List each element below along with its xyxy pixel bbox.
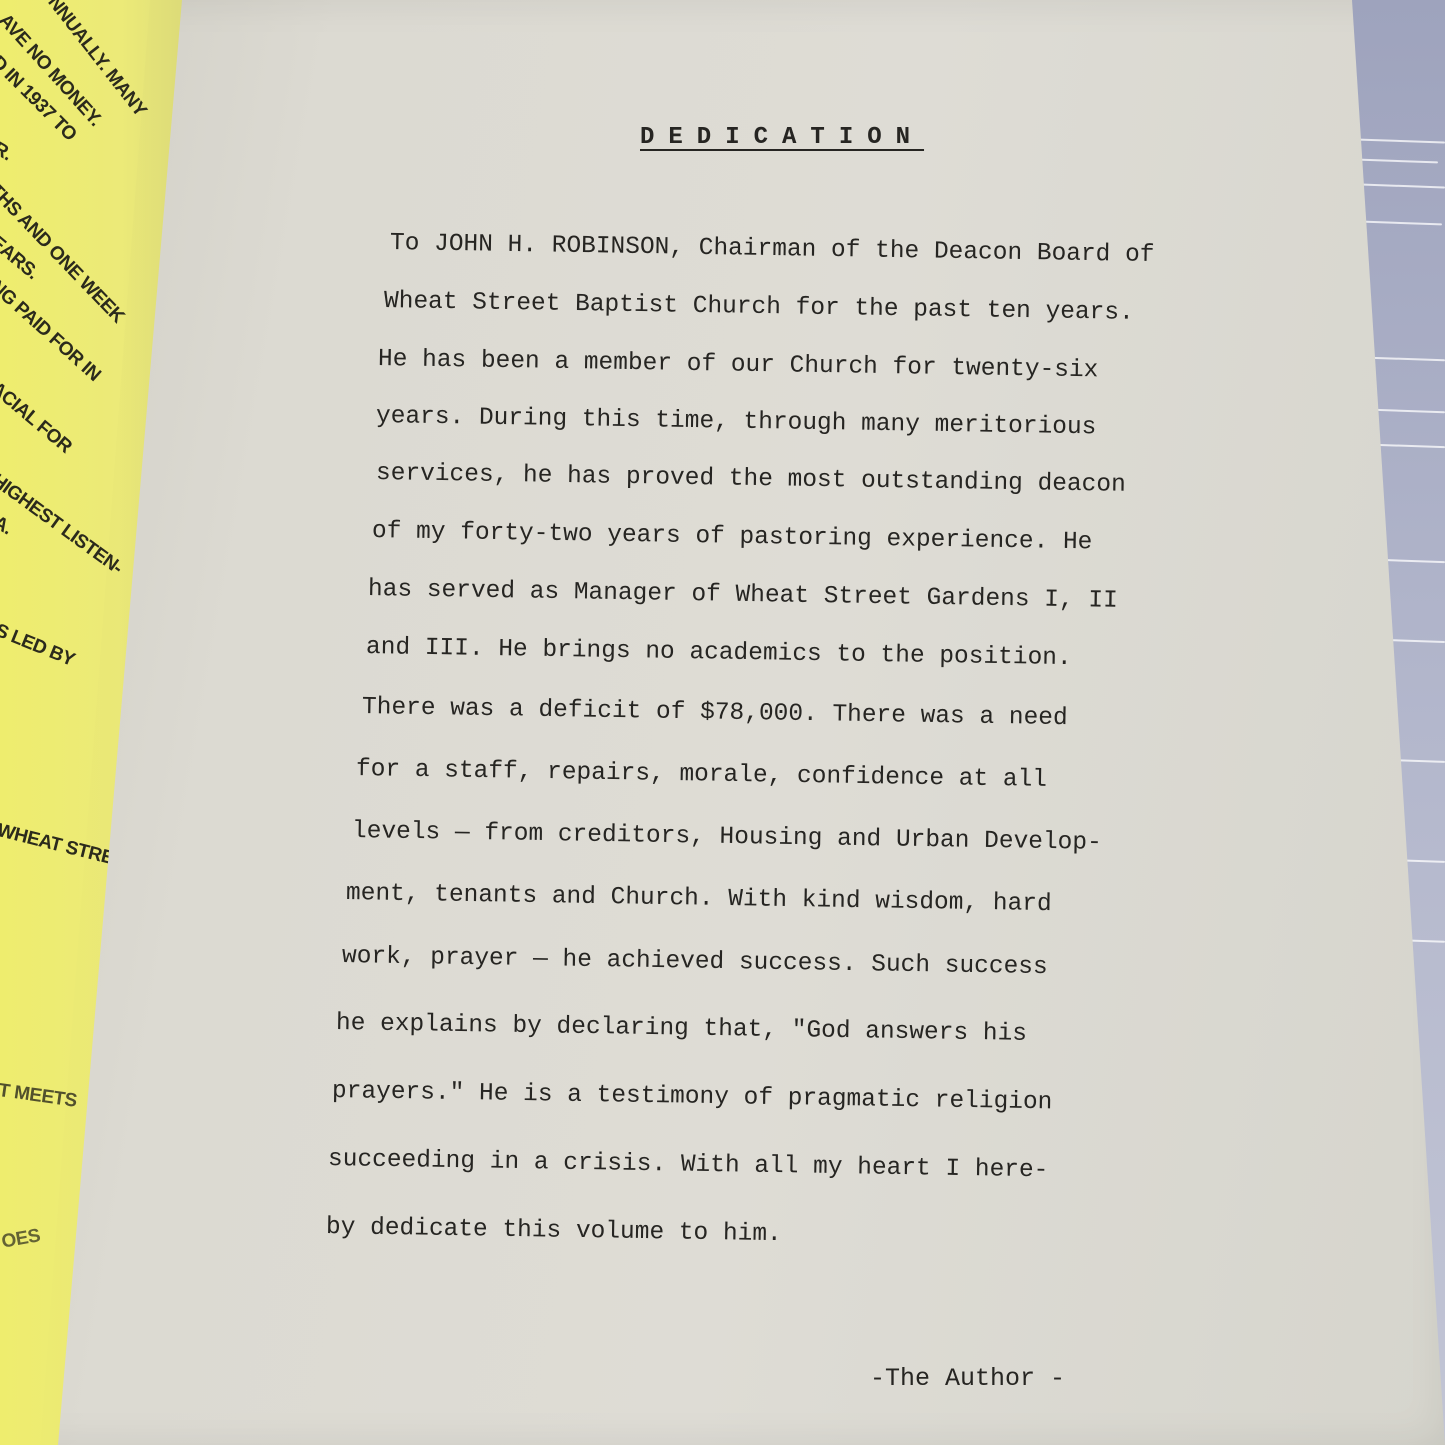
page-title: DEDICATION — [640, 124, 924, 151]
photo-scene: NNUALLY. MANY AVE NO MONEY. D IN 1937 TO… — [0, 0, 1445, 1445]
paragraph-line: succeeding in a crisis. With all my hear… — [328, 1146, 1049, 1184]
paragraph-line: for a staff, repairs, morale, confidence… — [356, 756, 1047, 794]
paragraph-line: and III. He brings no academics to the p… — [366, 634, 1072, 672]
back-cover-text: S LED BY — [0, 620, 78, 672]
back-cover-text: NNUALLY. MANY — [43, 0, 151, 121]
paragraph-line: ment, tenants and Church. With kind wisd… — [346, 880, 1052, 918]
paragraph-line: He has been a member of our Church for t… — [378, 346, 1099, 384]
paragraph-line: by dedicate this volume to him. — [326, 1214, 782, 1248]
back-cover-text: OES — [0, 1225, 42, 1253]
back-cover-text: R. — [0, 138, 16, 166]
paragraph-line: years. During this time, through many me… — [376, 403, 1097, 441]
back-cover-text: ACIAL FOR — [0, 378, 76, 458]
signature: -The Author - — [870, 1364, 1065, 1393]
paragraph-line: has served as Manager of Wheat Street Ga… — [368, 576, 1118, 615]
paragraph-line: work, prayer — he achieved success. Such… — [342, 943, 1048, 981]
paragraph-line: services, he has proved the most outstan… — [376, 460, 1126, 499]
paragraph-line: There was a deficit of $78,000. There wa… — [362, 694, 1068, 732]
paragraph-line: of my forty-two years of pastoring exper… — [372, 518, 1093, 556]
paragraph-line: levels — from creditors, Housing and Urb… — [352, 818, 1102, 857]
typed-page: DEDICATION To JOHN H. ROBINSON, Chairman… — [0, 0, 1445, 1445]
back-cover-text: A. — [0, 512, 16, 540]
paragraph-line: To JOHN H. ROBINSON, Chairman of the Dea… — [390, 230, 1155, 269]
paragraph-line: he explains by declaring that, "God answ… — [336, 1010, 1027, 1048]
paragraph-line: prayers." He is a testimony of pragmatic… — [332, 1078, 1053, 1116]
paragraph-line: Wheat Street Baptist Church for the past… — [384, 288, 1134, 327]
